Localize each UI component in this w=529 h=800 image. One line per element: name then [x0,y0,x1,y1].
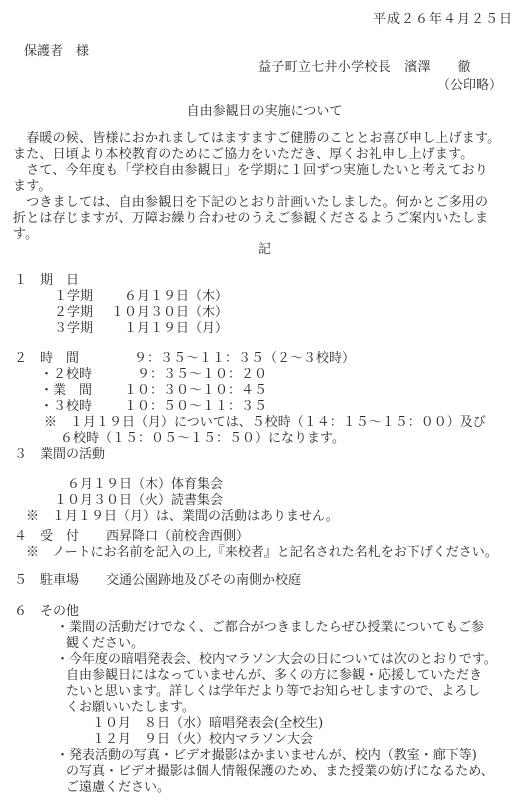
other-bullet: ・発表活動の写真・ビデオ撮影はかまいませんが、校内（教室・廊下等) の写真・ビデ… [56,748,494,796]
period-label: ・３校時 [40,399,124,415]
reception-location: 西昇降口（前校舎西側） [106,529,249,545]
section-time-heading: ２ 時 間 [14,351,79,367]
period-label: ・業 間 [40,383,124,399]
term-label: １学期 [54,289,93,304]
text-line: また、日頃より本校教育のためにご協力をいただき、厚くお礼申し上げます。 [13,147,518,163]
section-dates-heading: １ 期 日 [14,273,79,289]
period-time: １０：３０～１０：４５ [124,383,267,398]
text-line: たいと思います。詳しくは学年だより等でお知らせしますので、よろし [56,684,497,700]
section-recess-heading: ３ 業間の活動 [14,447,105,463]
period-time: ９：３５～１０：２０ [124,367,267,382]
reception-note: ※ ノートにお名前を記入の上,『来校者』と記名された名札をお下げください。 [26,545,498,561]
notice-document: 平成２６年４月２５日 保護者 様 益子町立七井小学校長 濱澤 徹 （公印略） 自… [0,0,529,800]
event-row: １２月 ９日（火）校内マラソン大会 [92,732,313,748]
other-bullet: ・業間の活動だけでなく、ご都合がつきましたらぜひ授業についてもご参 観ください。 [56,620,484,652]
text-line: つきましては、自由参観日を下記のとおり計画いたしました。何かとご多用の [13,195,518,211]
event-row: １０月 ８日（水）暗唱発表会(全校生) [92,716,323,732]
recess-note: ※ １月１９日（月）は、業間の活動はありません。 [26,509,339,525]
document-date: 平成２６年４月２５日 [373,12,513,28]
term-label: ２学期 [54,305,93,320]
parking-location: 交通公園跡地及びその南側か校庭 [106,573,301,589]
text-line: 自由参観日にはなっていませんが、多くの方に参観・応援していただき [56,668,497,684]
sender: 益子町立七井小学校長 濱澤 徹 [258,60,471,76]
term-date: １月１９日（月） [111,321,228,336]
text-line: 折とは存じますが、万障お繰り合わせのうえご参観くださるようご案内いたしま [13,211,518,227]
period-row: ・３校時１０：５０～１１：３５ [40,399,267,415]
text-line: の写真・ビデオ撮影は個人情報保護のため、また授業の妨げになるため、 [56,764,494,780]
other-bullet: ・今年度の暗唱発表会、校内マラソン大会の日については次のとおりです。 自由参観日… [56,652,497,716]
section-reception-heading: ４ 受 付 [14,529,79,545]
section-other-heading: ６ その他 [14,604,79,620]
seal-note: （公印略） [437,78,502,94]
intro-paragraph: さて、今年度も「学校自由参観日」を学期に１回ずつ実施したいと考えており ます。 [13,163,518,195]
period-time: １０：５０～１１：３５ [124,399,267,414]
period-row: ・業 間１０：３０～１０：４５ [40,383,267,399]
term-date-row: ２学期１０月３０日（木） [54,305,228,321]
recess-activity: １０月３０日（火）読書集会 [54,493,223,509]
period-row: ・２校時 ９：３５～１０：２０ [40,367,267,383]
text-line: 春暖の候、皆様におかれましてはますますご健勝のこととお喜び申し上げます。 [13,131,518,147]
text-line: さて、今年度も「学校自由参観日」を学期に１回ずつ実施したいと考えており [13,163,518,179]
text-line: ・発表活動の写真・ビデオ撮影はかまいませんが、校内（教室・廊下等) [56,748,494,764]
text-line: ご遠慮ください。 [56,780,494,796]
period-label: ・２校時 [40,367,124,383]
text-line: くお願いいたします。 [56,700,497,716]
addressee: 保護者 様 [24,44,89,60]
text-line: ・業間の活動だけでなく、ご都合がつきましたらぜひ授業についてもご参 [56,620,484,636]
section-parking-heading: ５ 駐車場 [14,573,79,589]
greeting-paragraph: 春暖の候、皆様におかれましてはますますご健勝のこととお喜び申し上げます。 また、… [13,131,518,163]
term-date: １０月３０日（木） [111,305,228,320]
term-date: ６月１９日（木） [111,289,228,304]
time-note-continued: ６校時（１５：０５～１５：５０）になります。 [60,431,345,447]
request-paragraph: つきましては、自由参観日を下記のとおり計画いたしました。何かとご多用の 折とは存… [13,195,518,243]
recess-activity: ６月１９日（木）体育集会 [54,477,223,493]
ki-heading: 記 [0,242,529,258]
text-line: 観ください。 [56,636,484,652]
text-line: ・今年度の暗唱発表会、校内マラソン大会の日については次のとおりです。 [56,652,497,668]
time-note: ※ １月１９日（月）については、５校時（１４：１５～１５：００）及び [44,415,486,431]
text-line: ます。 [13,179,518,195]
overall-time: ９：３５～１１：３５（２～３校時） [134,351,355,367]
term-label: ３学期 [54,321,93,336]
text-line: す。 [13,227,518,243]
document-title: 自由参観日の実施について [0,104,529,120]
term-date-row: １学期 ６月１９日（木） [54,289,228,305]
term-date-row: ３学期 １月１９日（月） [54,321,228,337]
